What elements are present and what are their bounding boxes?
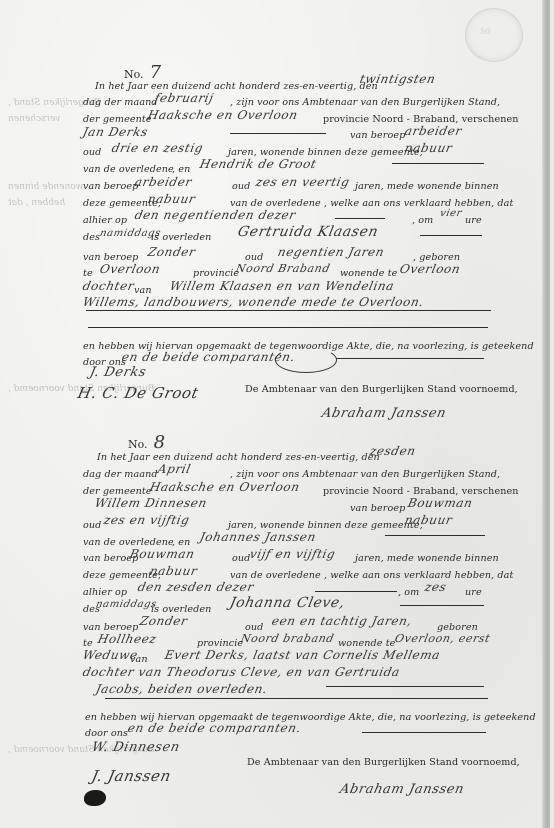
handwritten-occupation: Bouwman [129,547,196,561]
witness-signature-2: H. C. De Groot [76,384,200,402]
printed-text: van beroep [83,181,138,192]
handwritten-age: zes en vijftig [103,513,192,527]
printed-text: In het Jaar een duizend acht honderd zes… [97,452,380,463]
printed-text: wonende te [340,268,397,279]
printed-text: is overleden [151,232,211,243]
fill-line [315,591,397,592]
bleed-through-text: hebben , dat [8,198,65,208]
handwritten-relation: nabuur [404,513,454,527]
handwritten-deceased-name: Gertruida Klaasen [236,224,379,240]
fill-line [86,310,491,311]
printed-text: van de overledene , welke aan ons verkla… [230,570,513,581]
handwritten-parents: dochter van Theodorus Cleve, en van Gert… [82,665,402,679]
handwritten-age: zes en veertig [255,175,351,189]
handwritten-occupation: arbeider [404,124,464,138]
official-printed-text: De Ambtenaar van den Burgerlijken Stand … [245,384,518,395]
handwritten-municipality: Haaksche en Overloon [149,480,302,494]
printed-text: van de overledene [83,164,174,175]
number-label: No. [128,438,148,451]
fill-line [362,732,486,733]
handwritten-date-of-death: den negentienden dezer [134,208,298,222]
printed-text: van beroep [350,503,405,514]
fill-line [385,535,485,536]
handwritten-residence: Overloon [399,262,462,276]
number-value: 8 [154,432,165,453]
handwritten-spouses: Evert Derks, laatst van Cornelis Mellema [164,648,442,662]
handwritten-time-of-day: namiddags [95,599,158,610]
printed-text: oud [232,553,250,564]
handwritten-relation: dochter [82,279,136,293]
official-printed-text: De Ambtenaar van den Burgerlijken Stand … [247,757,520,768]
handwritten-day: zesden [369,444,418,458]
record-number: No.7 [124,62,161,83]
handwritten-occupation: Zonder [139,614,189,628]
register-page: 50 Burgerlijken Stand , verschenen wonen… [0,0,550,828]
printed-text: alhier op [83,587,127,598]
printed-text: , en [172,164,190,175]
printed-text: door ons [85,728,128,739]
handwritten-age: drie en zestig [111,141,205,155]
printed-text: oud [83,147,101,158]
handwritten-occupation: arbeider [134,175,194,189]
handwritten-parents: Willem Klaasen en van Wendelina [169,279,396,293]
printed-text: jaren, mede wonende binnen [355,181,499,192]
official-signature: Abraham Janssen [338,782,465,797]
printed-text: des [83,232,100,243]
printed-text: ure [465,587,482,598]
bleed-through-text: wonende binnen [8,182,83,192]
fill-line [400,605,484,606]
number-label: No. [124,68,144,81]
handwritten-parents-continued: Willems, landbouwers, wonende mede te Ov… [82,295,426,309]
printed-text: oud [232,181,250,192]
handwritten-birthplace: Overloon [99,262,162,276]
page-edge [542,0,548,828]
handwritten-province: Noord braband [240,632,336,645]
handwritten-age: negentien Jaren [277,245,386,259]
fill-line [335,218,385,219]
handwritten-witness-1-name: Willem Dinnesen [94,496,209,510]
pen-flourish [275,347,337,373]
handwritten-occupation: Bouwman [407,496,474,510]
handwritten-signers: en de beide comparanten. [127,721,303,735]
fill-line [230,133,326,134]
printed-text: , zijn voor ons Ambtenaar van den Burger… [230,97,500,108]
handwritten-signers: en de beide comparanten. [121,350,297,364]
printed-text: ure [465,215,482,226]
printed-text: jaren, mede wonende binnen [355,553,499,564]
handwritten-age: vijf en vijftig [249,547,337,561]
handwritten-relation: nabuur [404,141,454,155]
witness-signature-2: J. Janssen [90,767,173,785]
bleed-through-text: verschenen [8,114,60,124]
handwritten-witness-2-name: Hendrik de Groot [199,157,318,171]
printed-text: der gemeente [83,114,152,125]
handwritten-witness-1-name: Jan Derks [82,125,150,139]
fill-line [392,163,484,164]
handwritten-witness-2-name: Johannes Janssen [199,530,318,544]
handwritten-month: April [157,462,193,476]
fill-line [326,686,484,687]
handwritten-occupation: Zonder [147,245,197,259]
printed-text: , om [398,587,419,598]
handwritten-province: Noord Braband [235,262,332,275]
printed-text: alhier op [83,215,127,226]
printed-text: , om [412,215,433,226]
printed-text: van [130,654,148,665]
witness-signature-1: J. Derks [88,365,147,380]
handwritten-residence: Overloon, eerst [394,632,492,645]
printed-text: provincie [193,268,239,279]
fill-line [105,698,488,699]
handwritten-day: twintigsten [359,72,437,86]
number-value: 7 [150,62,161,83]
handwritten-month: februarij [154,91,216,105]
printed-text: oud [83,520,101,531]
printed-text: dag der maand [83,97,158,108]
printed-text: In het Jaar een duizend acht honderd zes… [95,81,378,92]
witness-signature-1: W. Dinnesen [90,740,181,755]
printed-text: te [83,268,93,279]
fill-line [88,327,488,328]
handwritten-date-of-death: den zesden dezer [137,580,256,594]
handwritten-birthplace: Hollheez [97,632,158,646]
record-number: No.8 [128,432,165,453]
handwritten-relation: nabuur [149,564,199,578]
fill-line [420,235,482,236]
ink-blot [84,790,106,806]
fill-line [336,358,484,359]
embossed-seal: 50 [465,8,523,62]
handwritten-deceased-name: Johanna Cleve, [228,595,346,611]
handwritten-hour: zes [424,580,448,594]
handwritten-hour: vier [439,208,463,219]
printed-text: , zijn voor ons Ambtenaar van den Burger… [230,469,500,480]
handwritten-parents-continued: Jacobs, beiden overleden. [95,682,269,696]
printed-text: van beroep [350,130,405,141]
printed-text: dag der maand [83,469,158,480]
handwritten-relation: nabuur [147,192,197,206]
seal-text: 50 [480,27,490,36]
handwritten-age: een en tachtig Jaren, [271,614,414,628]
official-signature: Abraham Janssen [320,406,447,421]
handwritten-municipality: Haaksche en Overloon [147,108,300,122]
